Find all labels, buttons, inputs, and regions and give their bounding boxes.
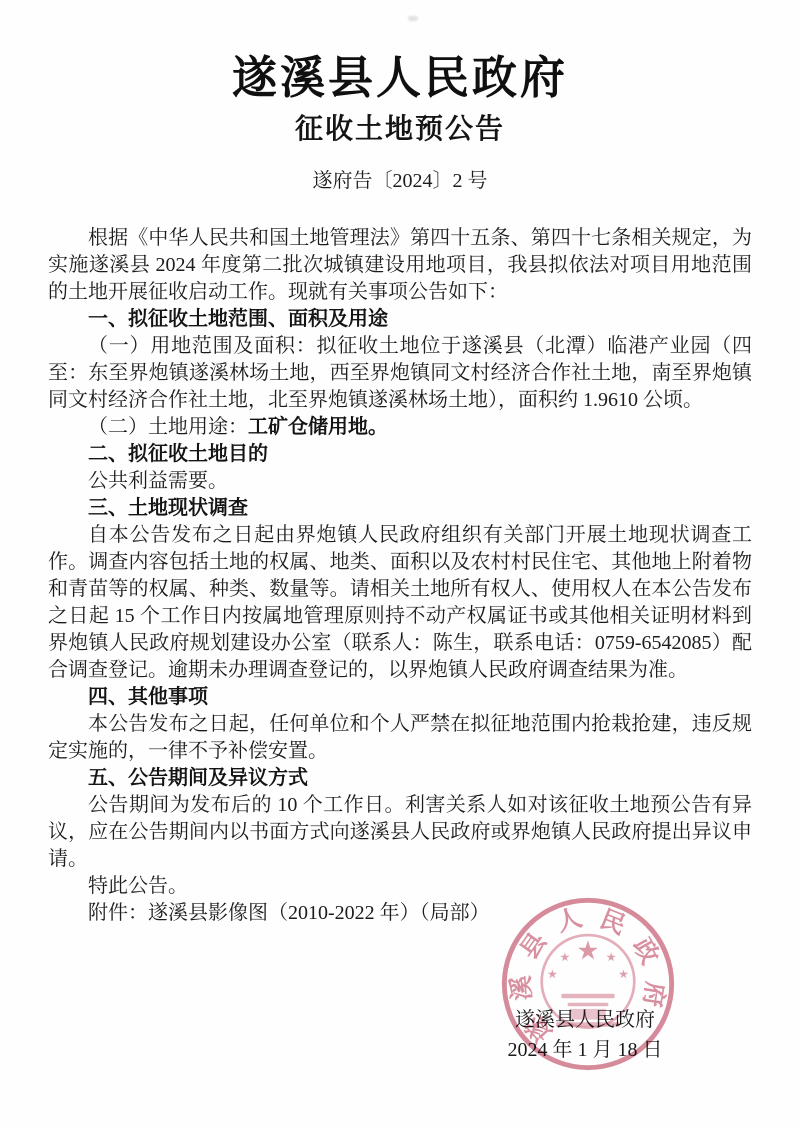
signature-block: 遂溪县人民政府 2024 年 1 月 18 日	[502, 1005, 668, 1065]
signature-issuer: 遂溪县人民政府	[502, 1005, 668, 1035]
section-heading-5: 五、公告期间及异议方式	[48, 765, 752, 792]
land-usage-value: 工矿仓储用地。	[248, 416, 388, 438]
paragraph-land-usage: （二）土地用途：工矿仓储用地。	[48, 414, 752, 441]
attachment-line: 附件：遂溪县影像图（2010-2022 年）（局部）	[48, 900, 752, 927]
paragraph-survey: 自本公告发布之日起由界炮镇人民政府组织有关部门开展土地现状调查工作。调查内容包括…	[48, 522, 752, 684]
seal-character: 溪	[507, 975, 536, 1002]
section-heading-3: 三、土地现状调查	[48, 495, 752, 522]
star-icon: ★	[577, 939, 598, 963]
star-icon: ★	[619, 970, 629, 981]
land-usage-label: （二）土地用途：	[88, 416, 248, 438]
paragraph-objection: 公告期间为发布后的 10 个工作日。利害关系人如对该征收土地预公告有异议，应在公…	[48, 792, 752, 873]
document-page: 遂溪县人民政府 征收土地预公告 遂府告〔2024〕2 号 根据《中华人民共和国土…	[0, 0, 800, 1130]
star-icon: ★	[548, 970, 558, 981]
page-title: 遂溪县人民政府	[48, 52, 752, 104]
section-heading-1: 一、拟征收土地范围、面积及用途	[48, 306, 752, 333]
star-icon: ★	[606, 953, 616, 964]
paragraph-other-items: 本公告发布之日起，任何单位和个人严禁在拟征地范围内抢栽抢建，违反规定实施的，一律…	[48, 711, 752, 765]
signature-date: 2024 年 1 月 18 日	[502, 1035, 668, 1065]
seal-character: 政	[627, 934, 664, 970]
paragraph-purpose: 公共利益需要。	[48, 468, 752, 495]
star-icon: ★	[560, 953, 570, 964]
emblem-stars-icon: ★★★★★	[548, 939, 629, 981]
section-heading-2: 二、拟征收土地目的	[48, 441, 752, 468]
paragraph-land-scope: （一）用地范围及面积：拟征收土地位于遂溪县（北潭）临港产业园（四至：东至界炮镇遂…	[48, 333, 752, 414]
section-heading-4: 四、其他事项	[48, 684, 752, 711]
doc-subtitle: 征收土地预公告	[48, 115, 752, 146]
doc-number: 遂府告〔2024〕2 号	[48, 169, 752, 193]
paragraph-closing: 特此公告。	[48, 873, 752, 900]
scan-artifact	[408, 16, 418, 21]
seal-character: 县	[515, 928, 552, 965]
document-body: 根据《中华人民共和国土地管理法》第四十五条、第四十七条相关规定，为实施遂溪县 2…	[48, 225, 752, 927]
paragraph-intro: 根据《中华人民共和国土地管理法》第四十五条、第四十七条相关规定，为实施遂溪县 2…	[48, 225, 752, 306]
